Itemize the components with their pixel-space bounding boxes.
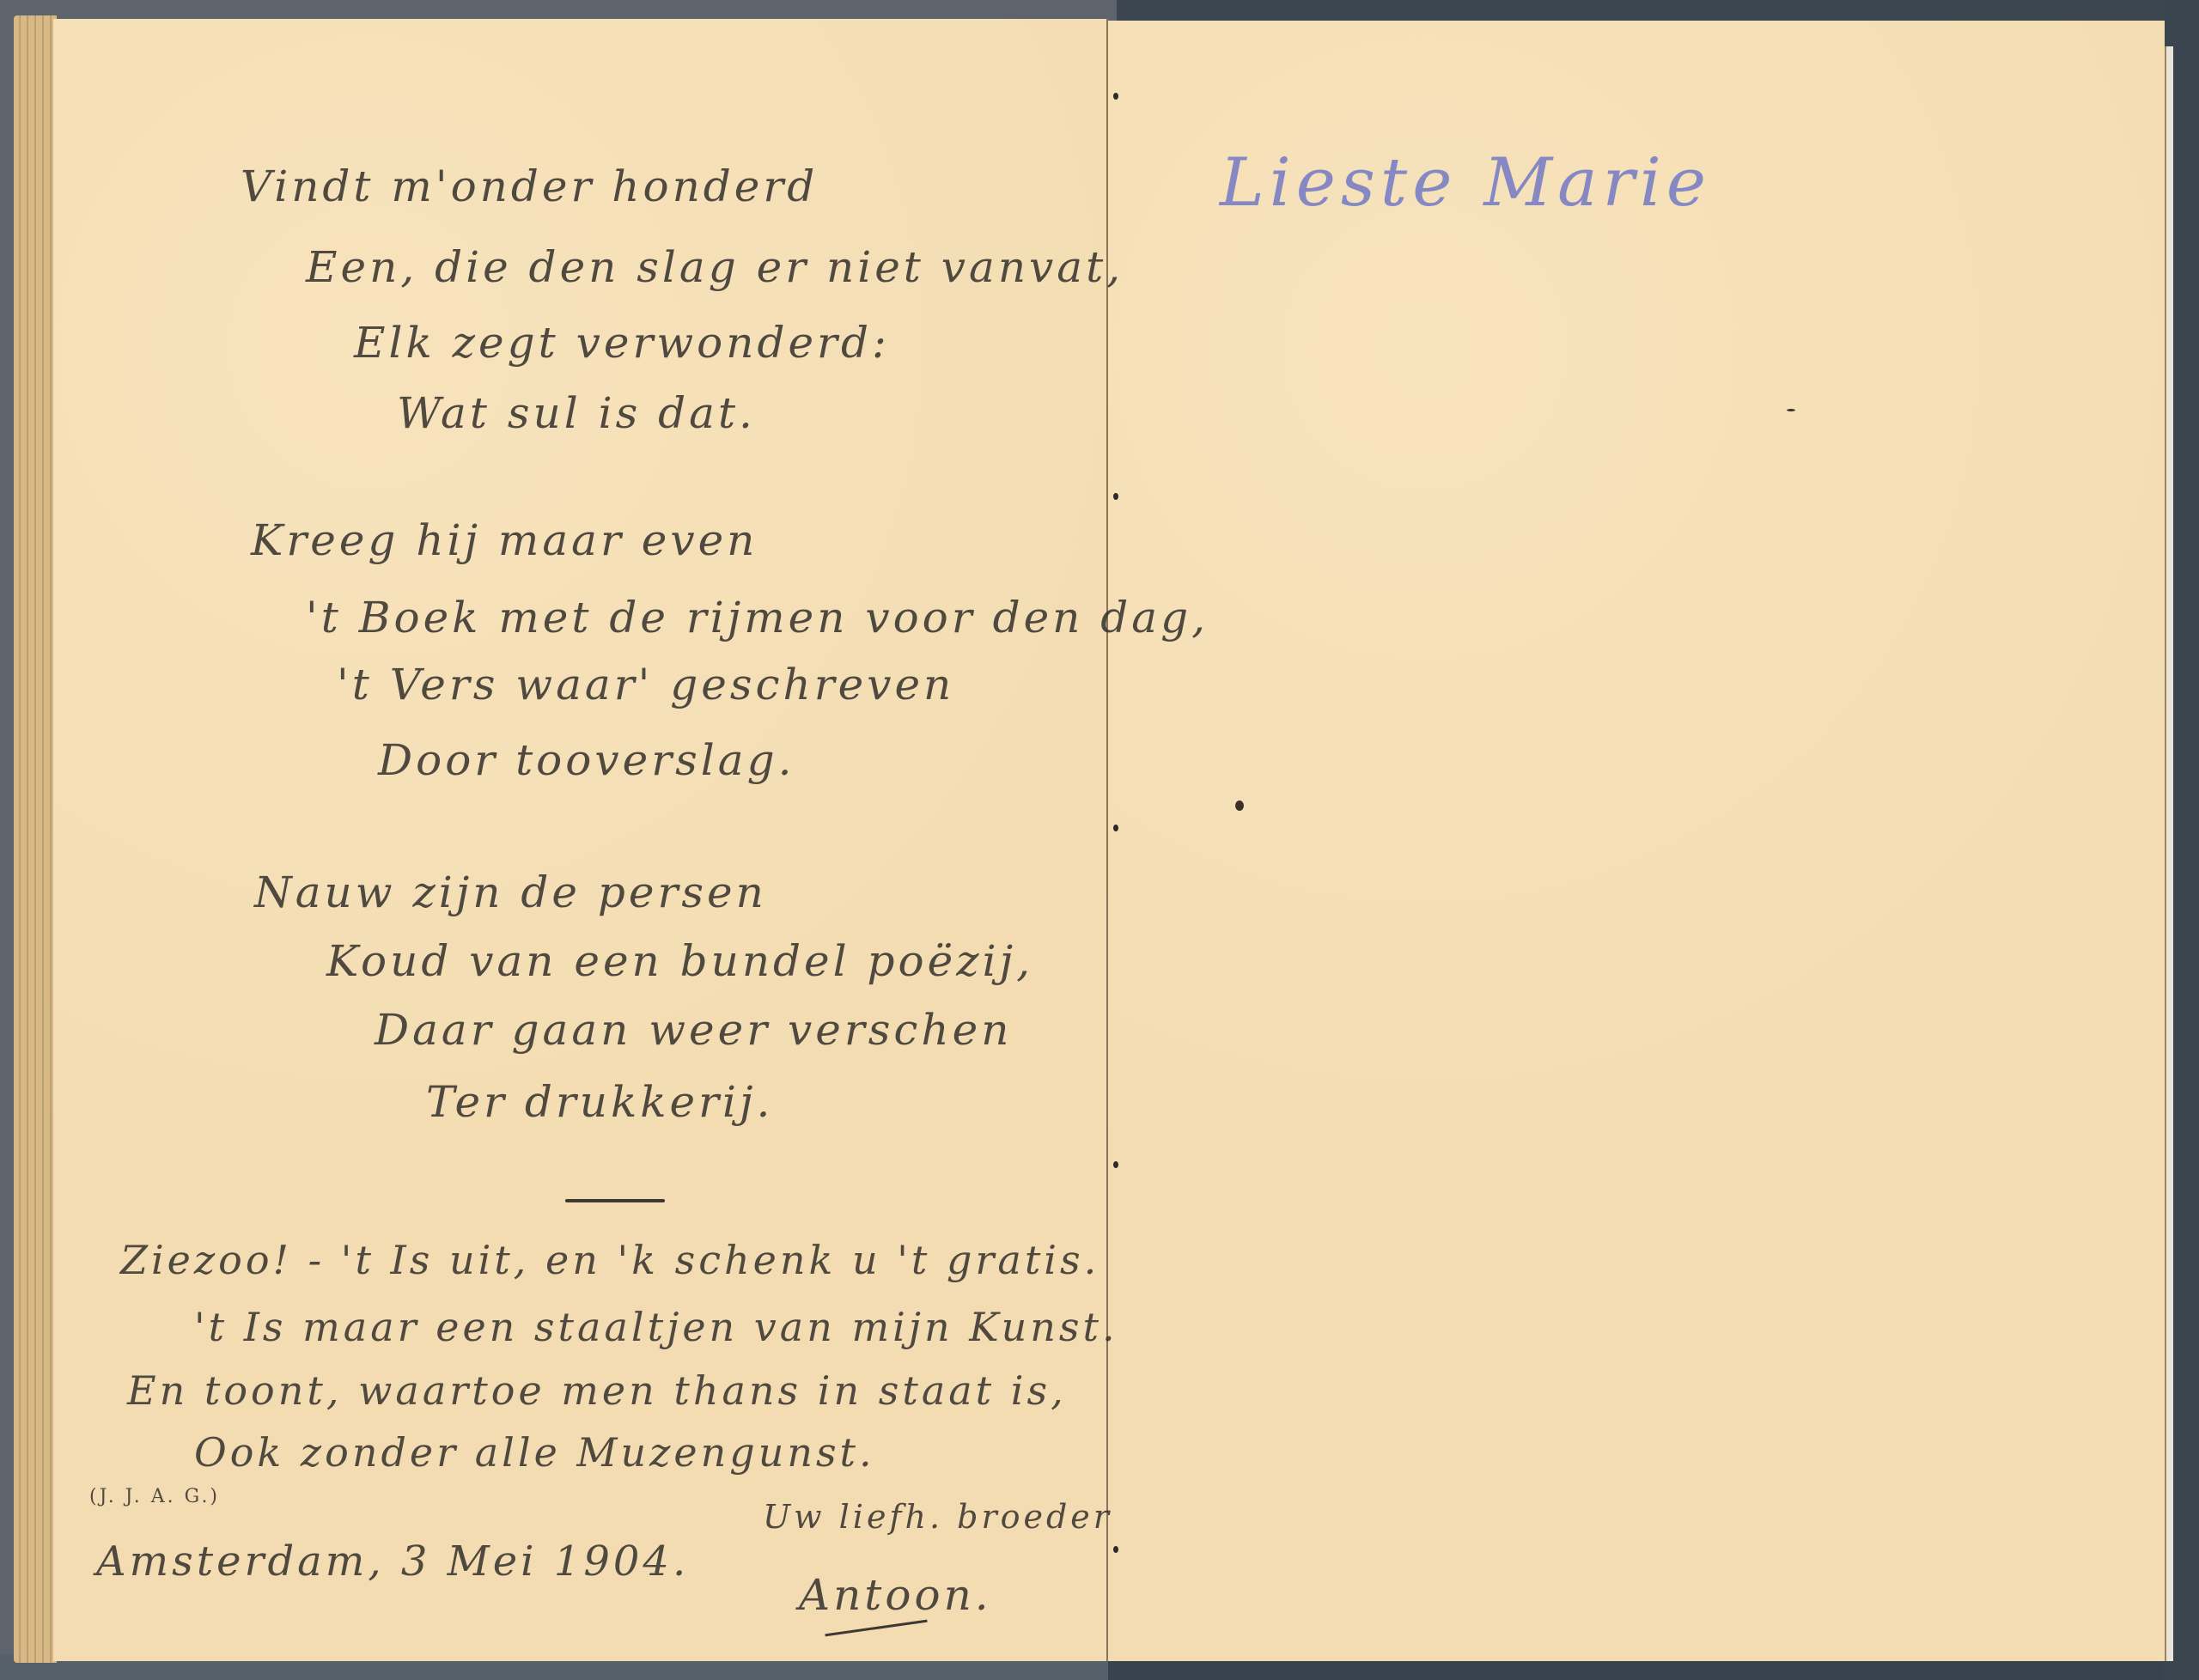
ink-speck <box>1787 409 1795 411</box>
ink-speck <box>1235 800 1244 811</box>
binding-stitch <box>1113 93 1118 100</box>
poem-line: 't Is maar een staaltjen van mijn Kunst. <box>194 1304 1118 1350</box>
handwritten-note: Lieste Marie <box>1220 144 1711 222</box>
binding-stitch <box>1113 825 1118 831</box>
right-page <box>1108 21 2165 1661</box>
poem-line: Wat sul is dat. <box>397 388 756 438</box>
poem-line: Koud van een bundel poëzij, <box>326 936 1033 986</box>
poem-line: En toont, waartoe men thans in staat is, <box>127 1367 1067 1414</box>
poem-line: 't Boek met de rijmen voor den dag, <box>306 593 1209 642</box>
poem-line: 't Vers waar' geschreven <box>337 660 954 709</box>
poem-line: Vindt m'onder honderd <box>241 161 818 211</box>
author-initials: (J. J. A. G.) <box>89 1486 220 1507</box>
section-divider <box>565 1199 665 1202</box>
poem-line: Door tooverslag. <box>378 735 795 785</box>
binding-stitch <box>1113 493 1118 500</box>
poem-line: Ook zonder alle Muzengunst. <box>194 1429 875 1476</box>
poem-line: Daar gaan weer verschen <box>375 1005 1012 1055</box>
poem-line: Ziezoo! - 't Is uit, en 'k schenk u 't g… <box>120 1237 1099 1283</box>
poem-line: Kreeg hij maar even <box>251 515 758 565</box>
binding-stitch <box>1113 1546 1118 1553</box>
poem-line: Elk zegt verwonderd: <box>354 318 890 368</box>
place-date: Amsterdam, 3 Mei 1904. <box>96 1537 689 1586</box>
poem-line: Nauw zijn de persen <box>254 867 767 917</box>
binding-stitch <box>1113 1161 1118 1168</box>
page-block-edges <box>14 15 57 1663</box>
poem-line: Een, die den slag er niet vanvat, <box>306 242 1124 292</box>
poem-line: Ter drukkerij. <box>426 1077 773 1127</box>
signature: Antoon. <box>799 1570 992 1620</box>
closing-line: Uw liefh. broeder <box>763 1498 1112 1536</box>
right-page-edge <box>2165 46 2173 1661</box>
